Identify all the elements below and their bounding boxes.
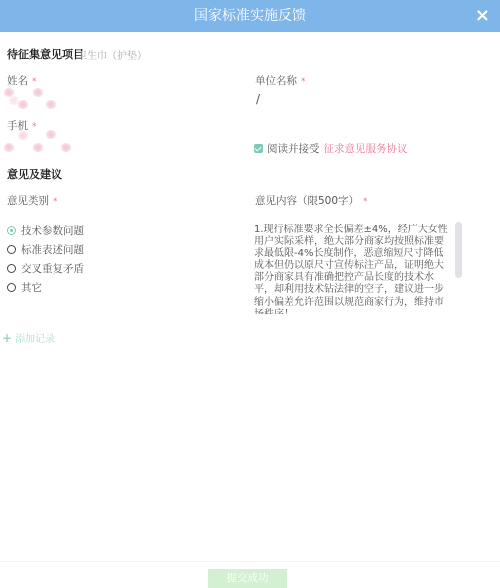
add-record-button[interactable]: + 添加记录 bbox=[2, 330, 55, 345]
opinion-content-text: 1.现行标准要求全长偏差±4%，经广大女性用户实际采样，绝大部分商家均按照标准要… bbox=[254, 224, 450, 314]
plus-icon: + bbox=[2, 331, 12, 345]
radio-cross-conflict[interactable]: 交叉重复矛盾 bbox=[7, 259, 84, 278]
phone-field-redacted[interactable] bbox=[0, 130, 75, 156]
dialog-title: 国家标准实施反馈 bbox=[194, 8, 306, 24]
radio-other[interactable]: 其它 bbox=[7, 278, 84, 297]
category-label: 意见类别* bbox=[7, 193, 58, 208]
unit-label-text: 单位名称 bbox=[255, 75, 297, 87]
required-mark: * bbox=[53, 197, 58, 207]
radio-standard-wording[interactable]: 标准表述问题 bbox=[7, 240, 84, 259]
category-radio-group: 技术参数问题 标准表述问题 交叉重复矛盾 其它 bbox=[7, 221, 84, 297]
project-label: 待征集意见项目 bbox=[7, 46, 84, 62]
radio-checked-icon bbox=[7, 226, 16, 235]
opinion-section-title: 意见及建议 bbox=[7, 166, 62, 182]
category-label-text: 意见类别 bbox=[7, 195, 49, 207]
add-record-label: 添加记录 bbox=[15, 330, 55, 345]
radio-unchecked-icon bbox=[7, 264, 16, 273]
agreement-text: 阅读并接受 bbox=[267, 141, 320, 156]
content-label: 意见内容（限500字）* bbox=[255, 193, 368, 208]
radio-unchecked-icon bbox=[7, 245, 16, 254]
required-mark: * bbox=[363, 197, 368, 207]
project-value: 卫生巾（护垫） bbox=[77, 47, 147, 62]
agreement-link[interactable]: 征求意见服务协议 bbox=[324, 141, 408, 156]
dialog-header: 国家标准实施反馈 × bbox=[0, 0, 500, 32]
radio-technical-parameters[interactable]: 技术参数问题 bbox=[7, 221, 84, 240]
radio-label: 其它 bbox=[21, 280, 42, 295]
name-field-redacted[interactable] bbox=[0, 86, 70, 112]
radio-label: 技术参数问题 bbox=[21, 223, 84, 238]
radio-label: 标准表述问题 bbox=[21, 242, 84, 257]
opinion-content-textarea[interactable]: 1.现行标准要求全长偏差±4%，经广大女性用户实际采样，绝大部分商家均按照标准要… bbox=[254, 224, 464, 314]
content-label-text: 意见内容（限500字） bbox=[255, 195, 359, 207]
radio-unchecked-icon bbox=[7, 283, 16, 292]
footer-divider bbox=[0, 561, 500, 562]
textarea-scrollbar[interactable] bbox=[455, 222, 462, 278]
agreement-checkbox[interactable] bbox=[254, 144, 263, 153]
submit-button[interactable]: 提交成功 bbox=[208, 569, 287, 588]
required-mark: * bbox=[301, 77, 306, 87]
radio-label: 交叉重复矛盾 bbox=[21, 261, 84, 276]
agreement-row: 阅读并接受 征求意见服务协议 bbox=[254, 141, 408, 156]
unit-value[interactable]: / bbox=[256, 92, 260, 106]
unit-label: 单位名称* bbox=[255, 73, 306, 88]
close-icon[interactable]: × bbox=[475, 0, 490, 32]
